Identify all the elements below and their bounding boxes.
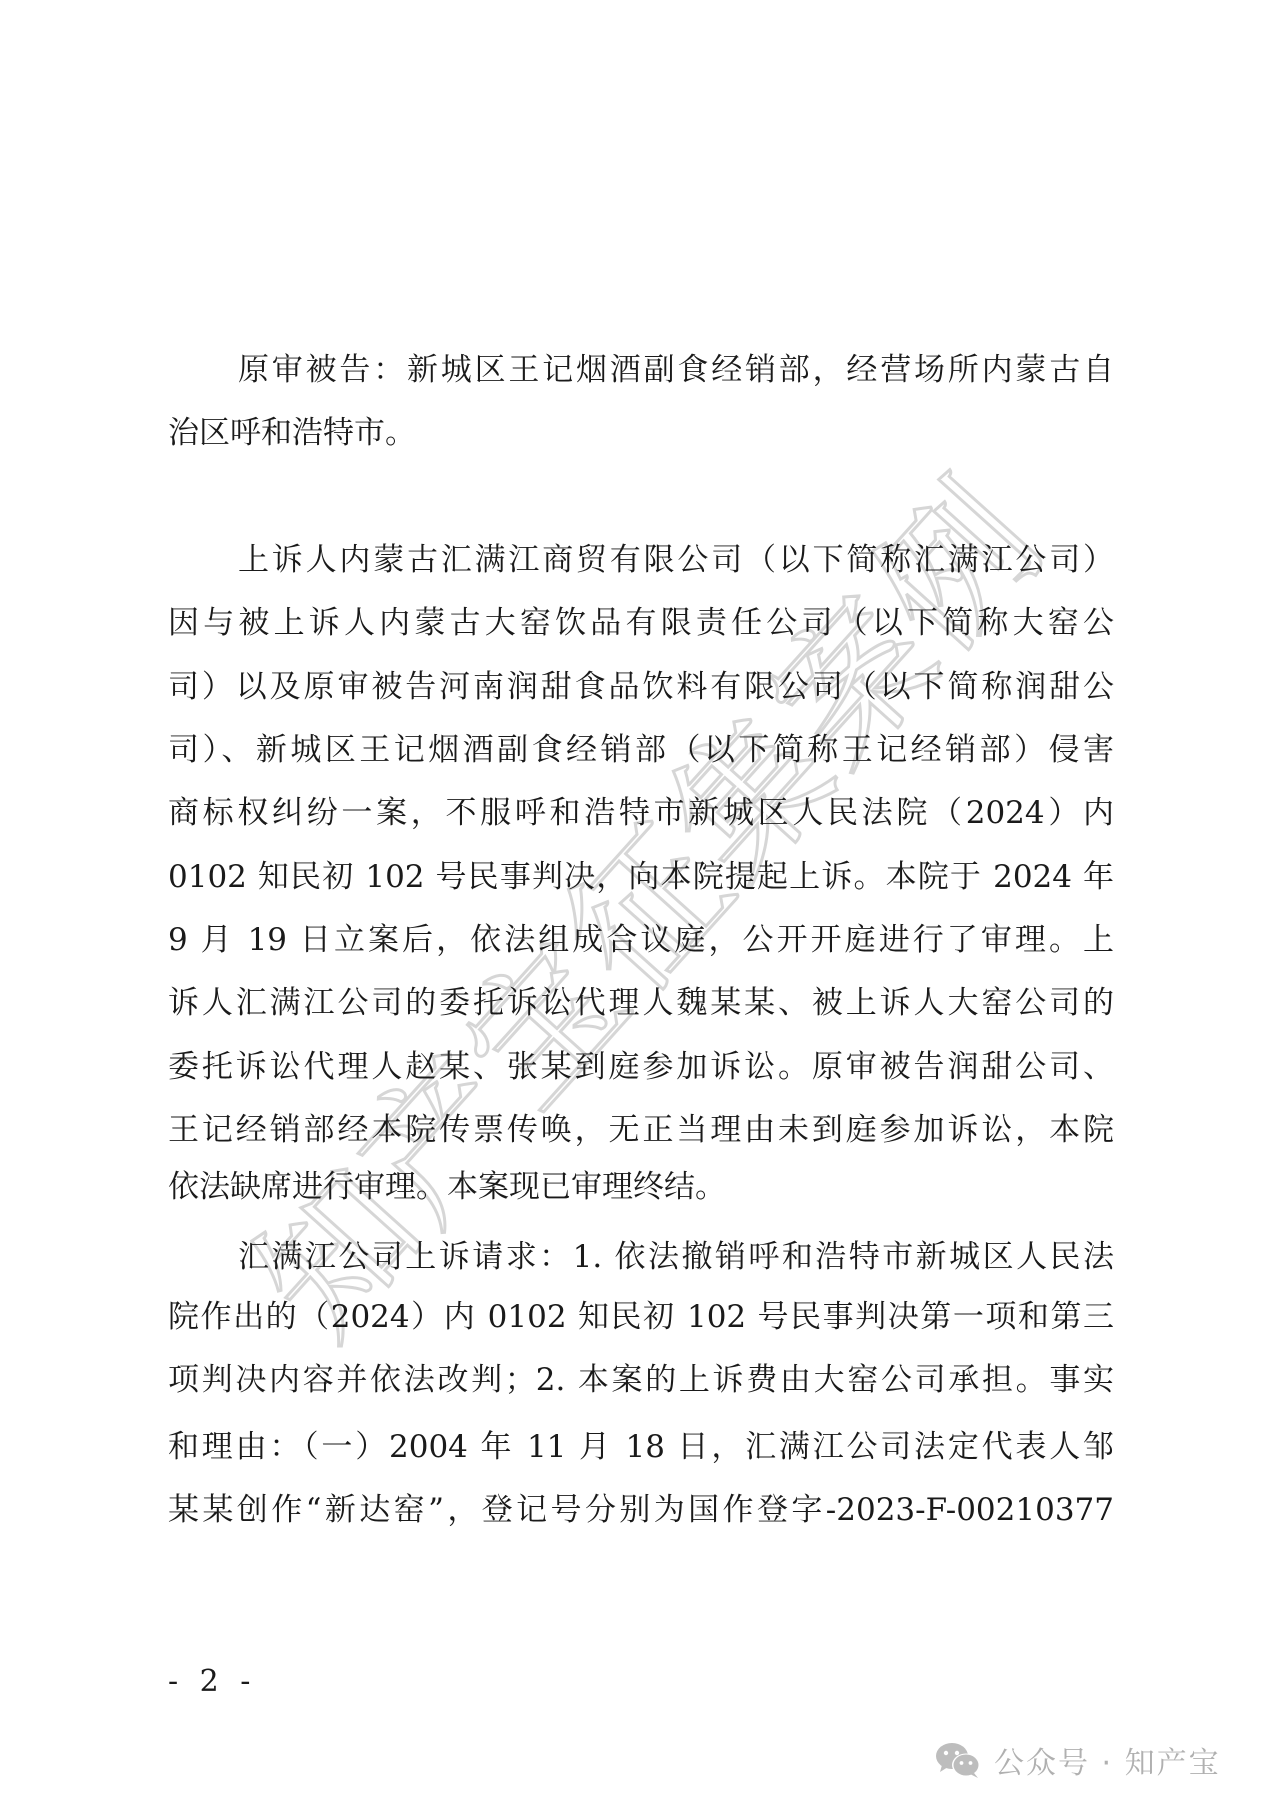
paragraph-case-summary-line: 诉人汇满江公司的委托诉讼代理人魏某某、被上诉人大窑公司的 (168, 981, 1114, 1025)
paragraph-case-summary-line: 因与被上诉人内蒙古大窑饮品有限责任公司（以下简称大窑公 (168, 601, 1114, 645)
paragraph-case-summary-line: 商标权纠纷一案，不服呼和浩特市新城区人民法院（2024）内 (168, 791, 1114, 835)
paragraph-appeal-claims-line: 汇满江公司上诉请求：1. 依法撤销呼和浩特市新城区人民法 (238, 1235, 1114, 1279)
paragraph-case-summary-line: 依法缺席进行审理。本案现已审理终结。 (168, 1165, 1114, 1209)
paragraph-case-summary-line: 委托诉讼代理人赵某、张某到庭参加诉讼。原审被告润甜公司、 (168, 1045, 1114, 1089)
paragraph-appeal-claims-line: 院作出的（2024）内 0102 知民初 102 号民事判决第一项和第三 (168, 1295, 1114, 1339)
paragraph-defendant-line: 原审被告：新城区王记烟酒副食经销部，经营场所内蒙古自 (238, 348, 1114, 392)
footer-account-label: 公众号 · 知产宝 (994, 1738, 1221, 1782)
paragraph-case-summary-line: 司）、新城区王记烟酒副食经销部（以下简称王记经销部）侵害 (168, 728, 1114, 772)
paragraph-case-summary-line: 0102 知民初 102 号民事判决，向本院提起上诉。本院于 2024 年 (168, 855, 1114, 899)
paragraph-case-summary-line: 上诉人内蒙古汇满江商贸有限公司（以下简称汇满江公司） (238, 538, 1114, 582)
paragraph-defendant-line: 治区呼和浩特市。 (168, 411, 1114, 455)
paragraph-appeal-claims-line: 和理由：（一）2004 年 11 月 18 日，汇满江公司法定代表人邹 (168, 1425, 1114, 1469)
page-number: - 2 - (168, 1664, 256, 1699)
paragraph-case-summary-line: 王记经销部经本院传票传唤，无正当理由未到庭参加诉讼，本院 (168, 1108, 1114, 1152)
paragraph-case-summary-line: 9 月 19 日立案后，依法组成合议庭，公开开庭进行了审理。上 (168, 918, 1114, 962)
paragraph-case-summary-line: 司）以及原审被告河南润甜食品饮料有限公司（以下简称润甜公 (168, 665, 1114, 709)
paragraph-appeal-claims-line: 项判决内容并依法改判；2. 本案的上诉费由大窑公司承担。事实 (168, 1358, 1114, 1402)
footer-brand[interactable]: 公众号 · 知产宝 (934, 1738, 1221, 1782)
wechat-icon (934, 1740, 984, 1780)
document-page: 知产宝征集案例 原审被告：新城区王记烟酒副食经销部，经营场所内蒙古自 治区呼和浩… (0, 0, 1280, 1810)
paragraph-appeal-claims-line: 某某创作“新达窑”，登记号分别为国作登字-2023-F-00210377 (168, 1488, 1114, 1532)
